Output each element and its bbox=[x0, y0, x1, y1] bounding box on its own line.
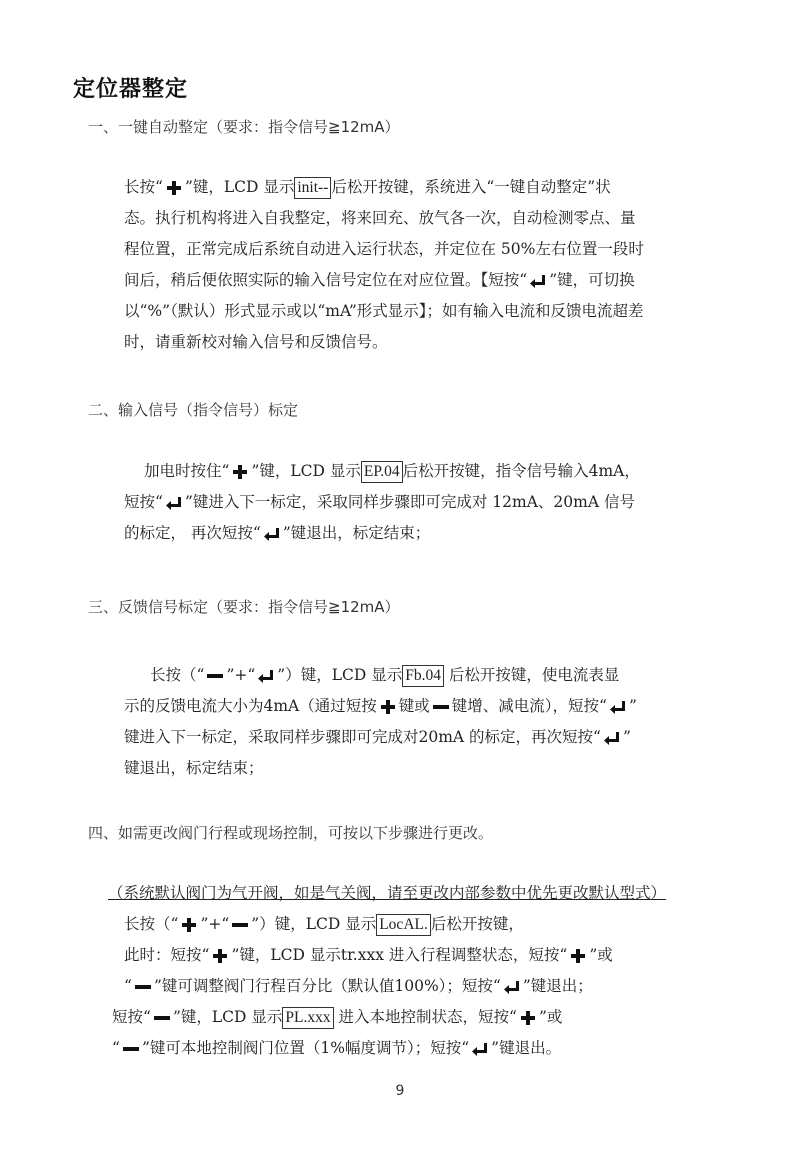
minus-key-icon bbox=[232, 917, 248, 933]
lcd-display-text: EP.04 bbox=[361, 461, 403, 483]
enter-key-icon bbox=[258, 668, 274, 684]
text-line: 以“%”（默认）形式显示或以“mA”形式显示】；如有输入电流和反馈电流超差 bbox=[124, 296, 644, 327]
enter-key-icon bbox=[504, 979, 520, 995]
text-line: “”键可调整阀门行程百分比（默认值100%）；短按“”键退出； bbox=[124, 971, 613, 1002]
text-line: 长按（“”+“”）键，LCD 显示Fb.04 后松开按键，使电流表显 bbox=[124, 660, 637, 691]
plus-key-icon bbox=[380, 699, 396, 715]
text-line: 键进入下一标定，采取同样步骤即可完成对20mA 的标定，再次短按“” bbox=[124, 722, 637, 753]
section-2-body: 加电时按住“”键，LCD 显示EP.04后松开按键，指令信号输入4mA， 短按“… bbox=[124, 456, 640, 549]
text-line: 程位置，正常完成后系统自动进入运行状态，并定位在 50%左右位置一段时 bbox=[124, 234, 644, 265]
text-line: 态。执行机构将进入自我整定，将来回充、放气各一次，自动检测零点、量 bbox=[124, 203, 644, 234]
page-title: 定位器整定 bbox=[73, 72, 188, 103]
plus-key-icon bbox=[166, 180, 182, 196]
section-4-note: （系统默认阀门为气开阀，如是气关阀，请至更改内部参数中优先更改默认型式） bbox=[108, 878, 666, 909]
plus-key-icon bbox=[570, 948, 586, 964]
enter-key-icon bbox=[604, 730, 620, 746]
minus-key-icon bbox=[154, 1010, 170, 1026]
minus-key-icon bbox=[433, 699, 449, 715]
plus-key-icon bbox=[212, 948, 228, 964]
section-2-heading: 二、输入信号（指令信号）标定 bbox=[88, 399, 298, 420]
enter-key-icon bbox=[264, 526, 280, 542]
text-line: 加电时按住“”键，LCD 显示EP.04后松开按键，指令信号输入4mA， bbox=[124, 456, 640, 487]
text-line: 长按“”键，LCD 显示init--后松开按键，系统进入“一键自动整定”状 bbox=[124, 172, 644, 203]
text-line: 短按“”键，LCD 显示PL.xxx 进入本地控制状态，短按“”或 bbox=[112, 1002, 562, 1033]
minus-key-icon bbox=[135, 979, 151, 995]
enter-key-icon bbox=[610, 699, 626, 715]
text-line: 示的反馈电流大小为4mA（通过短按键或键增、减电流），短按“” bbox=[124, 691, 637, 722]
text-line: 长按（“”+“”）键，LCD 显示LocAL.后松开按键， bbox=[124, 909, 613, 940]
section-1-heading: 一、一键自动整定（要求：指令信号≧12mA） bbox=[88, 116, 400, 137]
text-line: 时，请重新校对输入信号和反馈信号。 bbox=[124, 327, 644, 358]
minus-key-icon bbox=[207, 668, 223, 684]
text-line: 间后，稍后便依照实际的输入信号定位在对应位置。【短按“”键，可切换 bbox=[124, 265, 644, 296]
text-line: 此时：短按“”键，LCD 显示tr.xxx 进入行程调整状态，短按“”或 bbox=[124, 940, 613, 971]
enter-key-icon bbox=[472, 1041, 488, 1057]
enter-key-icon bbox=[166, 495, 182, 511]
text-line: “”键可本地控制阀门位置（1%幅度调节）；短按“”键退出。 bbox=[112, 1033, 562, 1064]
page-number: 9 bbox=[0, 1083, 800, 1099]
text-line: 键退出，标定结束； bbox=[124, 753, 637, 784]
note-text: （系统默认阀门为气开阀，如是气关阀，请至更改内部参数中优先更改默认型式） bbox=[108, 878, 666, 909]
enter-key-icon bbox=[530, 273, 546, 289]
plus-key-icon bbox=[232, 464, 248, 480]
section-4-heading: 四、如需更改阀门行程或现场控制，可按以下步骤进行更改。 bbox=[88, 822, 493, 843]
lcd-display-text: init-- bbox=[294, 177, 331, 199]
lcd-display-text: PL.xxx bbox=[282, 1007, 333, 1029]
section-4-body: 长按（“”+“”）键，LCD 显示LocAL.后松开按键， 此时：短按“”键，L… bbox=[124, 909, 613, 1002]
plus-key-icon bbox=[520, 1010, 536, 1026]
text-line: 的标定， 再次短按“”键退出，标定结束； bbox=[124, 518, 640, 549]
section-3-body: 长按（“”+“”）键，LCD 显示Fb.04 后松开按键，使电流表显 示的反馈电… bbox=[124, 660, 637, 784]
lcd-display-text: LocAL. bbox=[376, 914, 431, 936]
lcd-display-text: Fb.04 bbox=[402, 665, 444, 687]
text-line: 短按“”键进入下一标定，采取同样步骤即可完成对 12mA、20mA 信号 bbox=[124, 487, 640, 518]
section-3-heading: 三、反馈信号标定（要求：指令信号≧12mA） bbox=[88, 596, 400, 617]
section-1-body: 长按“”键，LCD 显示init--后松开按键，系统进入“一键自动整定”状 态。… bbox=[124, 172, 644, 358]
section-4-body-continued: 短按“”键，LCD 显示PL.xxx 进入本地控制状态，短按“”或 “”键可本地… bbox=[112, 1002, 562, 1064]
minus-key-icon bbox=[123, 1041, 139, 1057]
plus-key-icon bbox=[181, 917, 197, 933]
